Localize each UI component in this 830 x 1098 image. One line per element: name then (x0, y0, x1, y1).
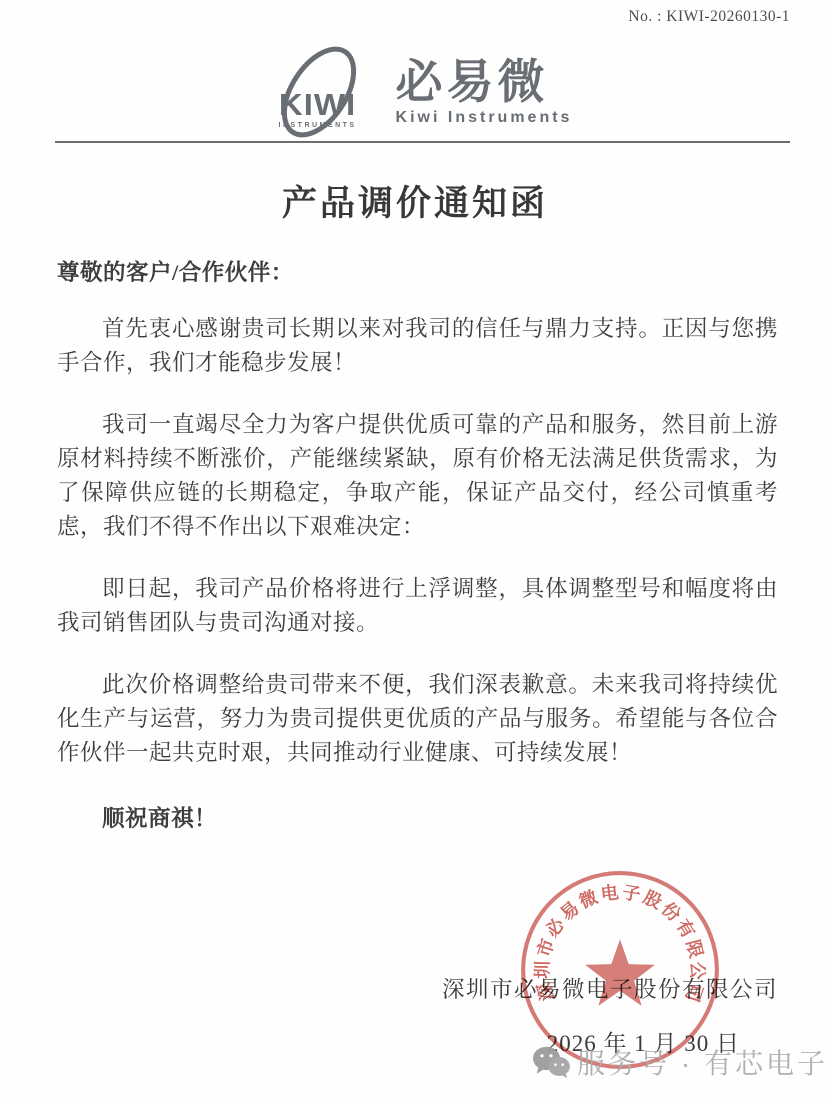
company-logo: KIWI INSTRUMENTS 必易微 Kiwi Instruments (0, 44, 830, 139)
salutation: 尊敬的客户/合作伙伴： (57, 256, 778, 290)
paragraph-reason: 我司一直竭尽全力为客户提供优质可靠的产品和服务，然目前上游原材料持续不断涨价，产… (57, 408, 778, 544)
letter-body: 尊敬的客户/合作伙伴： 首先衷心感谢贵司长期以来对我司的信任与鼎力支持。正因与您… (57, 256, 778, 836)
wechat-icon (531, 1044, 571, 1080)
channel-watermark: 服务号 · 有芯电子 (531, 1042, 828, 1082)
logo-chinese-name: 必易微 (396, 57, 573, 107)
logo-names: 必易微 Kiwi Instruments (396, 57, 573, 127)
logo-wordmark: KIWI (258, 89, 378, 119)
logo-english-name: Kiwi Instruments (396, 109, 573, 127)
kiwi-logo-mark: KIWI INSTRUMENTS (258, 44, 378, 139)
logo-wordmark-subtext: INSTRUMENTS (258, 122, 378, 129)
letter-title: 产品调价通知函 (0, 176, 830, 226)
paragraph-decision: 即日起，我司产品价格将进行上浮调整，具体调整型号和幅度将由我司销售团队与贵司沟通… (57, 572, 778, 640)
seal-star-icon (585, 939, 655, 1005)
header-divider (55, 141, 790, 143)
letter-page: No. : KIWI-20260130-1 KIWI INSTRUMENTS 必… (0, 0, 830, 1098)
closing-wishes: 顺祝商祺！ (57, 802, 778, 836)
paragraph-apology: 此次价格调整给贵司带来不便，我们深表歉意。未来我司将持续优化生产与运营，努力为贵… (57, 668, 778, 770)
document-number: No. : KIWI-20260130-1 (628, 8, 790, 26)
paragraph-thanks: 首先衷心感谢贵司长期以来对我司的信任与鼎力支持。正因与您携手合作，我们才能稳步发… (57, 312, 778, 380)
watermark-text: 服务号 · 有芯电子 (577, 1042, 828, 1082)
